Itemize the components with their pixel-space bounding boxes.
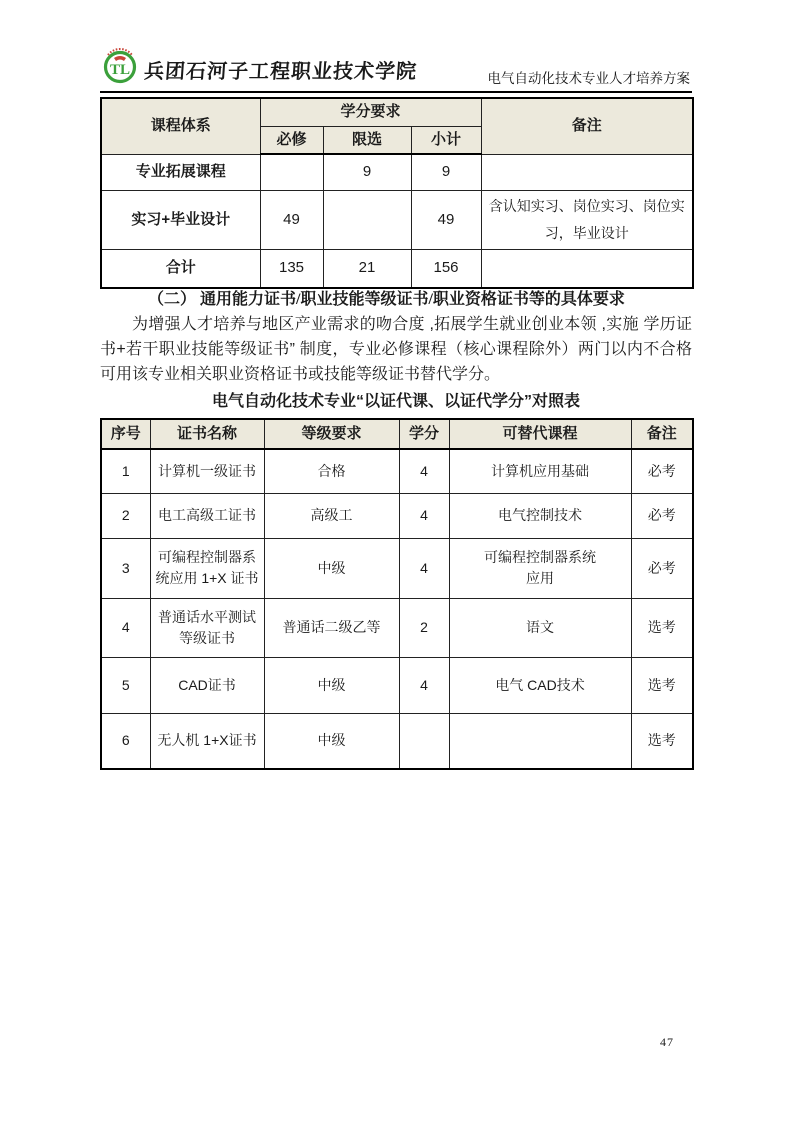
cell-index: 6 <box>101 713 150 769</box>
cell-level: 普通话二级乙等 <box>264 598 399 657</box>
cell-credits: 4 <box>399 657 449 713</box>
svg-text:TL: TL <box>110 62 130 78</box>
cell-level: 合格 <box>264 449 399 493</box>
school-logo-icon: TL <box>100 43 140 90</box>
cell-remark: 选考 <box>631 713 693 769</box>
cell-system: 实习+毕业设计 <box>101 190 260 250</box>
col-header-cert-name: 证书名称 <box>150 419 264 449</box>
col-header-course-system: 课程体系 <box>101 98 260 154</box>
col-header-limited: 限选 <box>323 126 411 154</box>
certificate-table: 序号 证书名称 等级要求 学分 可替代课程 备注 1 计算机一级证书 合格 4 … <box>100 418 694 770</box>
cell-remark: 选考 <box>631 657 693 713</box>
cell-course <box>449 713 631 769</box>
col-header-remark: 备注 <box>631 419 693 449</box>
table-row: 2 电工高级工证书 高级工 4 电气控制技术 必考 <box>101 493 693 538</box>
cell-credits: 4 <box>399 449 449 493</box>
cell-index: 4 <box>101 598 150 657</box>
table-row: 6 无人机 1+X证书 中级 选考 <box>101 713 693 769</box>
cell-course: 可编程控制器系统 应用 <box>449 538 631 598</box>
cell-credits <box>399 713 449 769</box>
document-page: TL 兵团石河子工程职业技术学院 电气自动化技术专业人才培养方案 课程体系 学分… <box>0 0 793 1122</box>
cell-credits: 4 <box>399 538 449 598</box>
cell-required: 135 <box>260 250 323 288</box>
cell-remark: 必考 <box>631 493 693 538</box>
table-row: 1 计算机一级证书 合格 4 计算机应用基础 必考 <box>101 449 693 493</box>
cell-course: 语文 <box>449 598 631 657</box>
col-header-credit-requirement: 学分要求 <box>260 98 481 126</box>
cell-index: 2 <box>101 493 150 538</box>
table-row: 专业拓展课程 9 9 <box>101 154 693 190</box>
cell-remark: 含认知实习、岗位实习、岗位实习，毕业设计 <box>481 190 693 250</box>
cell-remark: 必考 <box>631 449 693 493</box>
cell-cert-name: 计算机一级证书 <box>150 449 264 493</box>
school-name: 兵团石河子工程职业技术学院 <box>143 62 417 82</box>
cell-index: 1 <box>101 449 150 493</box>
cell-limited: 21 <box>323 250 411 288</box>
cell-level: 中级 <box>264 657 399 713</box>
cell-credits: 2 <box>399 598 449 657</box>
col-header-credits: 学分 <box>399 419 449 449</box>
cell-level: 中级 <box>264 538 399 598</box>
cell-index: 3 <box>101 538 150 598</box>
table-row: 合计 135 21 156 <box>101 250 693 288</box>
cell-cert-name: 可编程控制器系统应用 1+X 证书 <box>150 538 264 598</box>
cell-limited <box>323 190 411 250</box>
cell-remark: 必考 <box>631 538 693 598</box>
col-header-replaceable-course: 可替代课程 <box>449 419 631 449</box>
cell-subtotal: 156 <box>411 250 481 288</box>
section-heading: （二） 通用能力证书/职业技能等级证书/职业资格证书等的具体要求 <box>100 290 692 310</box>
cell-required <box>260 154 323 190</box>
cell-level: 中级 <box>264 713 399 769</box>
cell-subtotal: 9 <box>411 154 481 190</box>
table-row: 4 普通话水平测试等级证书 普通话二级乙等 2 语文 选考 <box>101 598 693 657</box>
cell-cert-name: 电工高级工证书 <box>150 493 264 538</box>
document-title: 电气自动化技术专业人才培养方案 <box>488 72 691 86</box>
cell-remark <box>481 154 693 190</box>
col-header-subtotal: 小计 <box>411 126 481 154</box>
col-header-level-requirement: 等级要求 <box>264 419 399 449</box>
cell-subtotal: 49 <box>411 190 481 250</box>
cell-cert-name: 普通话水平测试等级证书 <box>150 598 264 657</box>
cell-index: 5 <box>101 657 150 713</box>
col-header-remark: 备注 <box>481 98 693 154</box>
cell-cert-name: CAD证书 <box>150 657 264 713</box>
table-row: 3 可编程控制器系统应用 1+X 证书 中级 4 可编程控制器系统 应用 必考 <box>101 538 693 598</box>
col-header-index: 序号 <box>101 419 150 449</box>
table-row: 实习+毕业设计 49 49 含认知实习、岗位实习、岗位实习，毕业设计 <box>101 190 693 250</box>
cell-course: 电气 CAD技术 <box>449 657 631 713</box>
cell-course: 计算机应用基础 <box>449 449 631 493</box>
credit-requirement-table: 课程体系 学分要求 备注 必修 限选 小计 专业拓展课程 9 9 实习+毕业设计… <box>100 97 694 289</box>
cell-course: 电气控制技术 <box>449 493 631 538</box>
cell-remark: 选考 <box>631 598 693 657</box>
cell-cert-name: 无人机 1+X证书 <box>150 713 264 769</box>
body-paragraph: 为增强人才培养与地区产业需求的吻合度 ,拓展学生就业创业本领 ,实施 学历证书+… <box>100 312 692 387</box>
cert-table-title: 电气自动化技术专业“以证代课、以证代学分”对照表 <box>100 391 692 413</box>
page-number: 47 <box>660 1035 674 1050</box>
cell-credits: 4 <box>399 493 449 538</box>
table-row: 5 CAD证书 中级 4 电气 CAD技术 选考 <box>101 657 693 713</box>
cell-remark <box>481 250 693 288</box>
cell-required: 49 <box>260 190 323 250</box>
col-header-required: 必修 <box>260 126 323 154</box>
cell-limited: 9 <box>323 154 411 190</box>
page-header: TL 兵团石河子工程职业技术学院 电气自动化技术专业人才培养方案 <box>100 46 692 93</box>
cell-level: 高级工 <box>264 493 399 538</box>
cell-system: 合计 <box>101 250 260 288</box>
cell-system: 专业拓展课程 <box>101 154 260 190</box>
